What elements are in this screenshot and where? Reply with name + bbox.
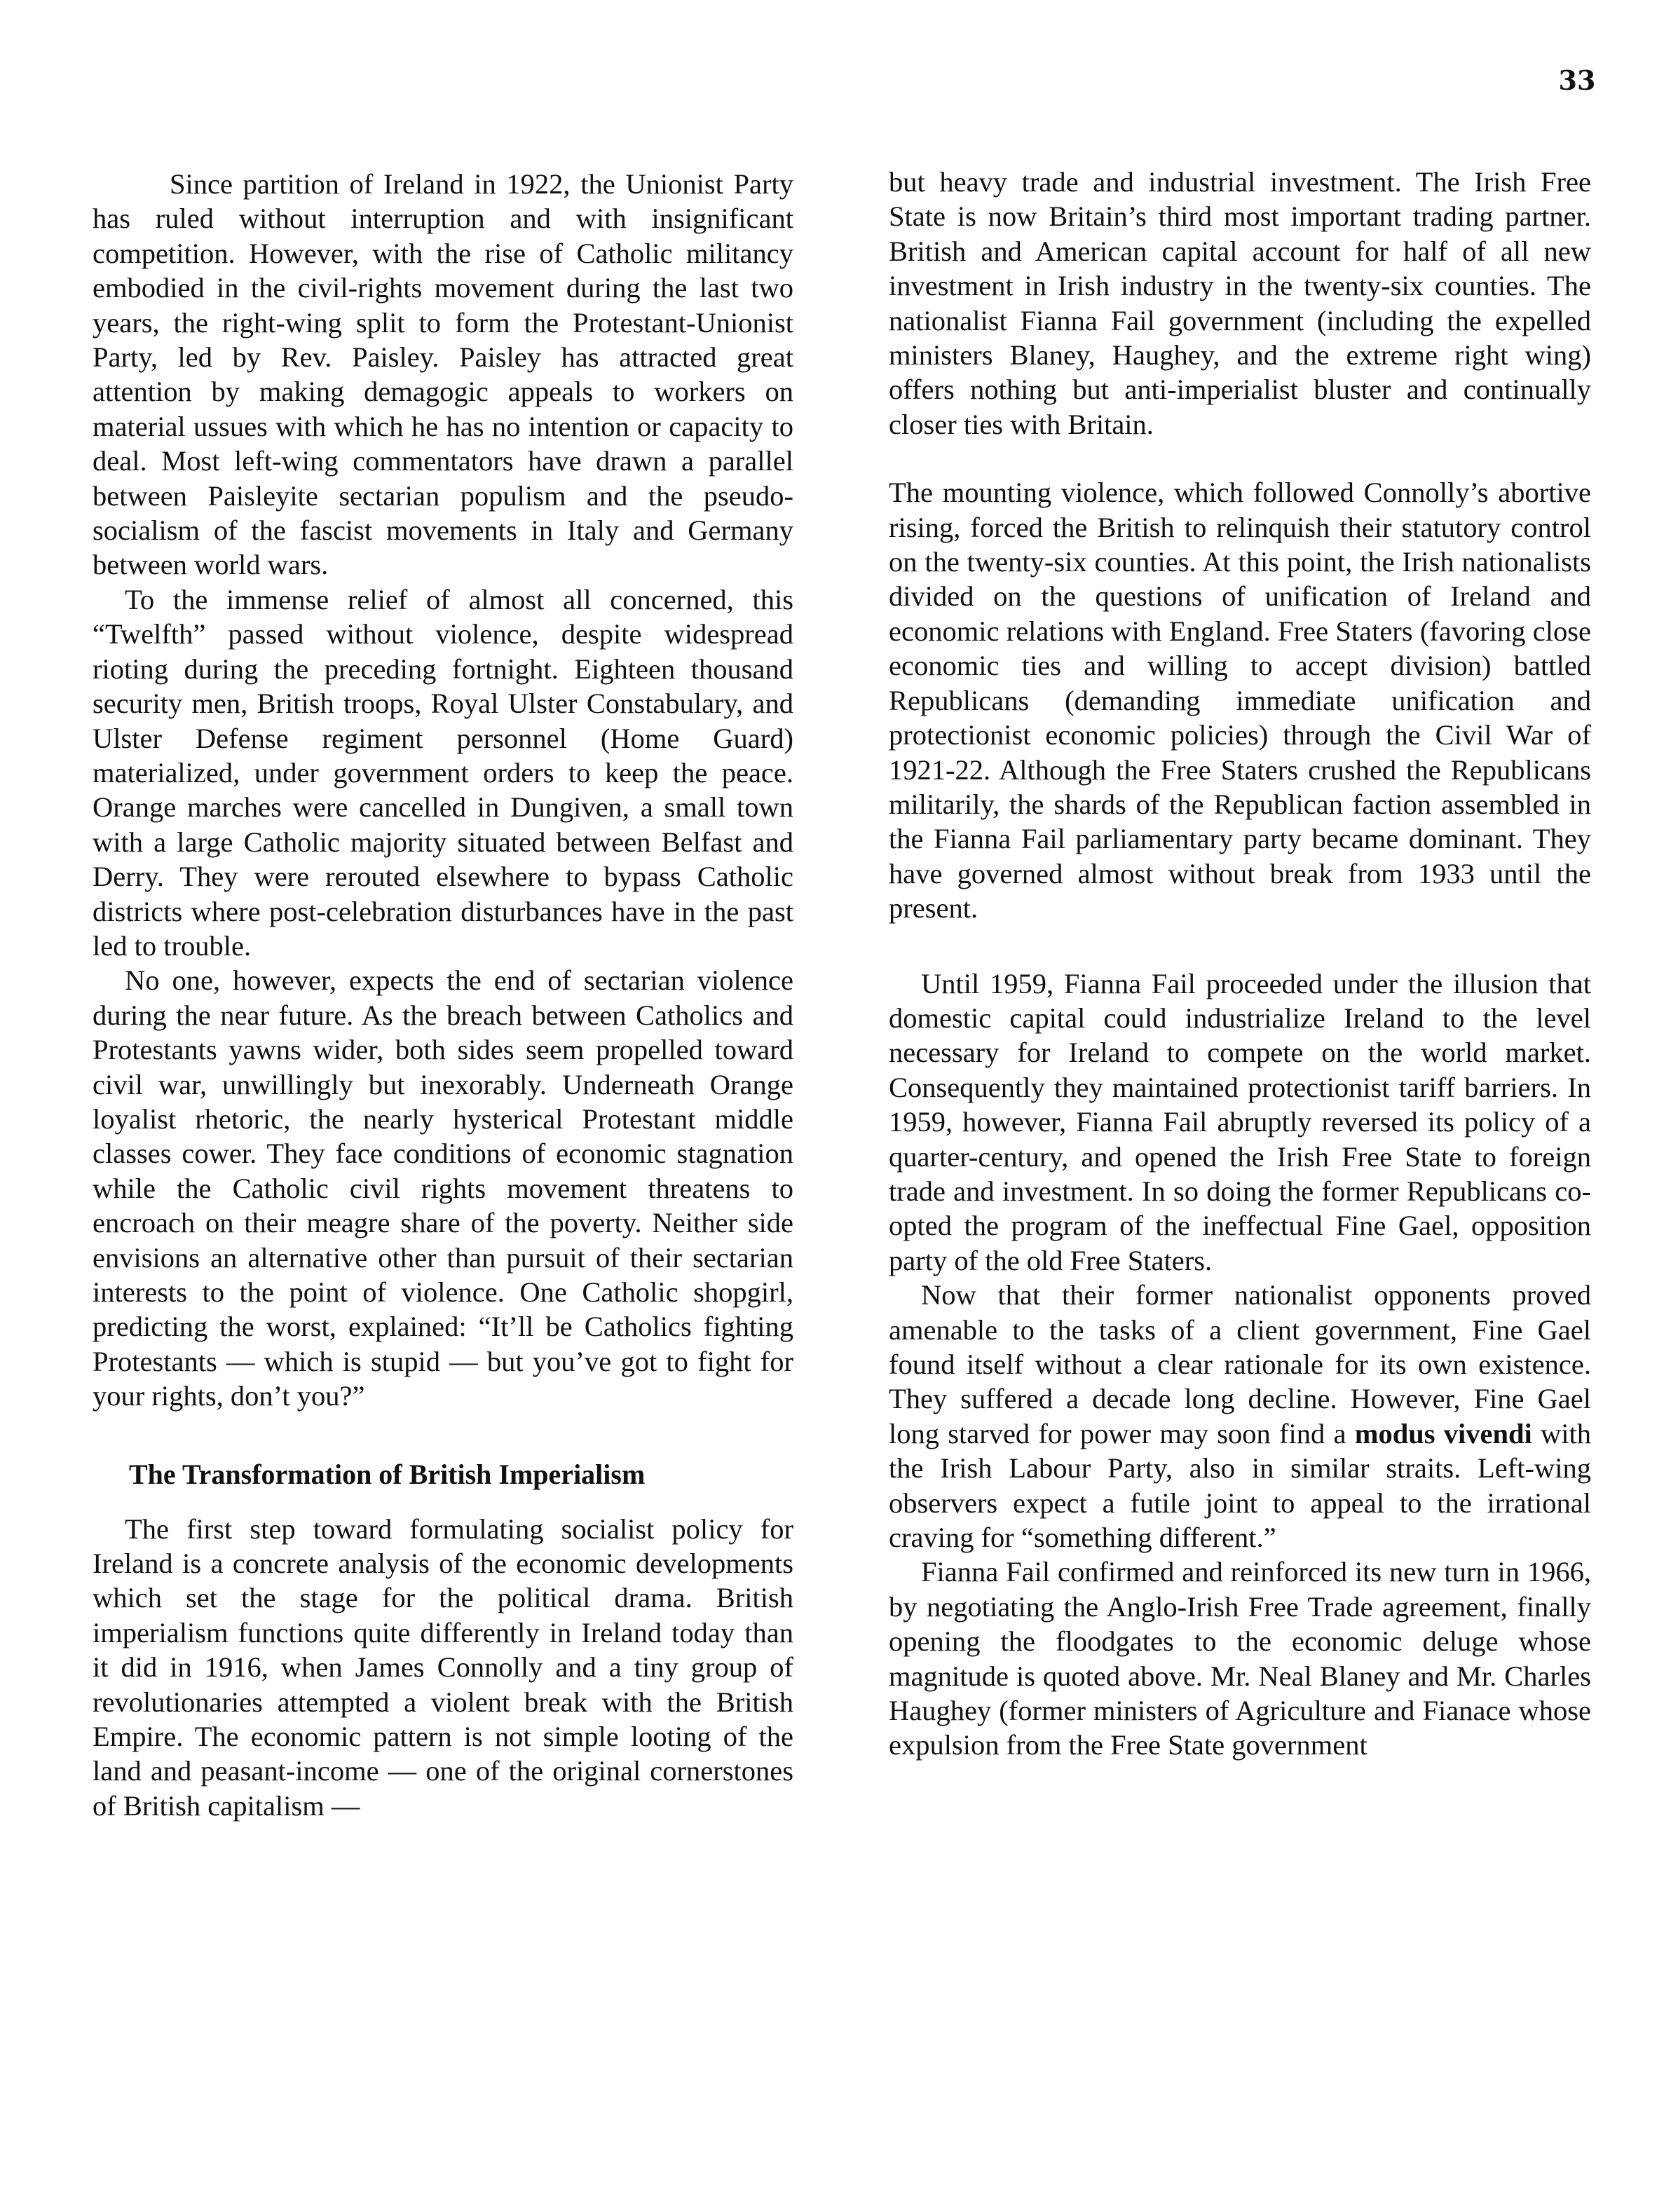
section-heading: The Transformation of British Imperialis… <box>93 1457 793 1492</box>
paragraph-first-step: The first step toward formulating social… <box>93 1512 793 1824</box>
paragraph-mounting-violence: The mounting violence, which followed Co… <box>889 475 1591 925</box>
left-column: Since partition of Ireland in 1922, the … <box>93 167 793 1823</box>
paragraph-partition: Since partition of Ireland in 1922, the … <box>93 167 793 582</box>
right-column: but heavy trade and industrial investmen… <box>889 165 1591 1763</box>
paragraph-anglo-irish-trade: Fianna Fail confirmed and reinforced its… <box>889 1555 1591 1762</box>
paragraph-until-1959: Until 1959, Fianna Fail proceeded under … <box>889 967 1591 1278</box>
paragraph-twelfth: To the immense relief of almost all conc… <box>93 582 793 963</box>
page-number: 33 <box>1542 64 1612 96</box>
paragraph-sectarian-violence: No one, however, expects the end of sect… <box>93 963 793 1413</box>
paragraph-fine-gael: Now that their former nationalist oppone… <box>889 1278 1591 1555</box>
modus-vivendi-emphasis: modus vivendi <box>1355 1418 1532 1449</box>
paragraph-continued-trade: but heavy trade and industrial investmen… <box>889 165 1591 442</box>
